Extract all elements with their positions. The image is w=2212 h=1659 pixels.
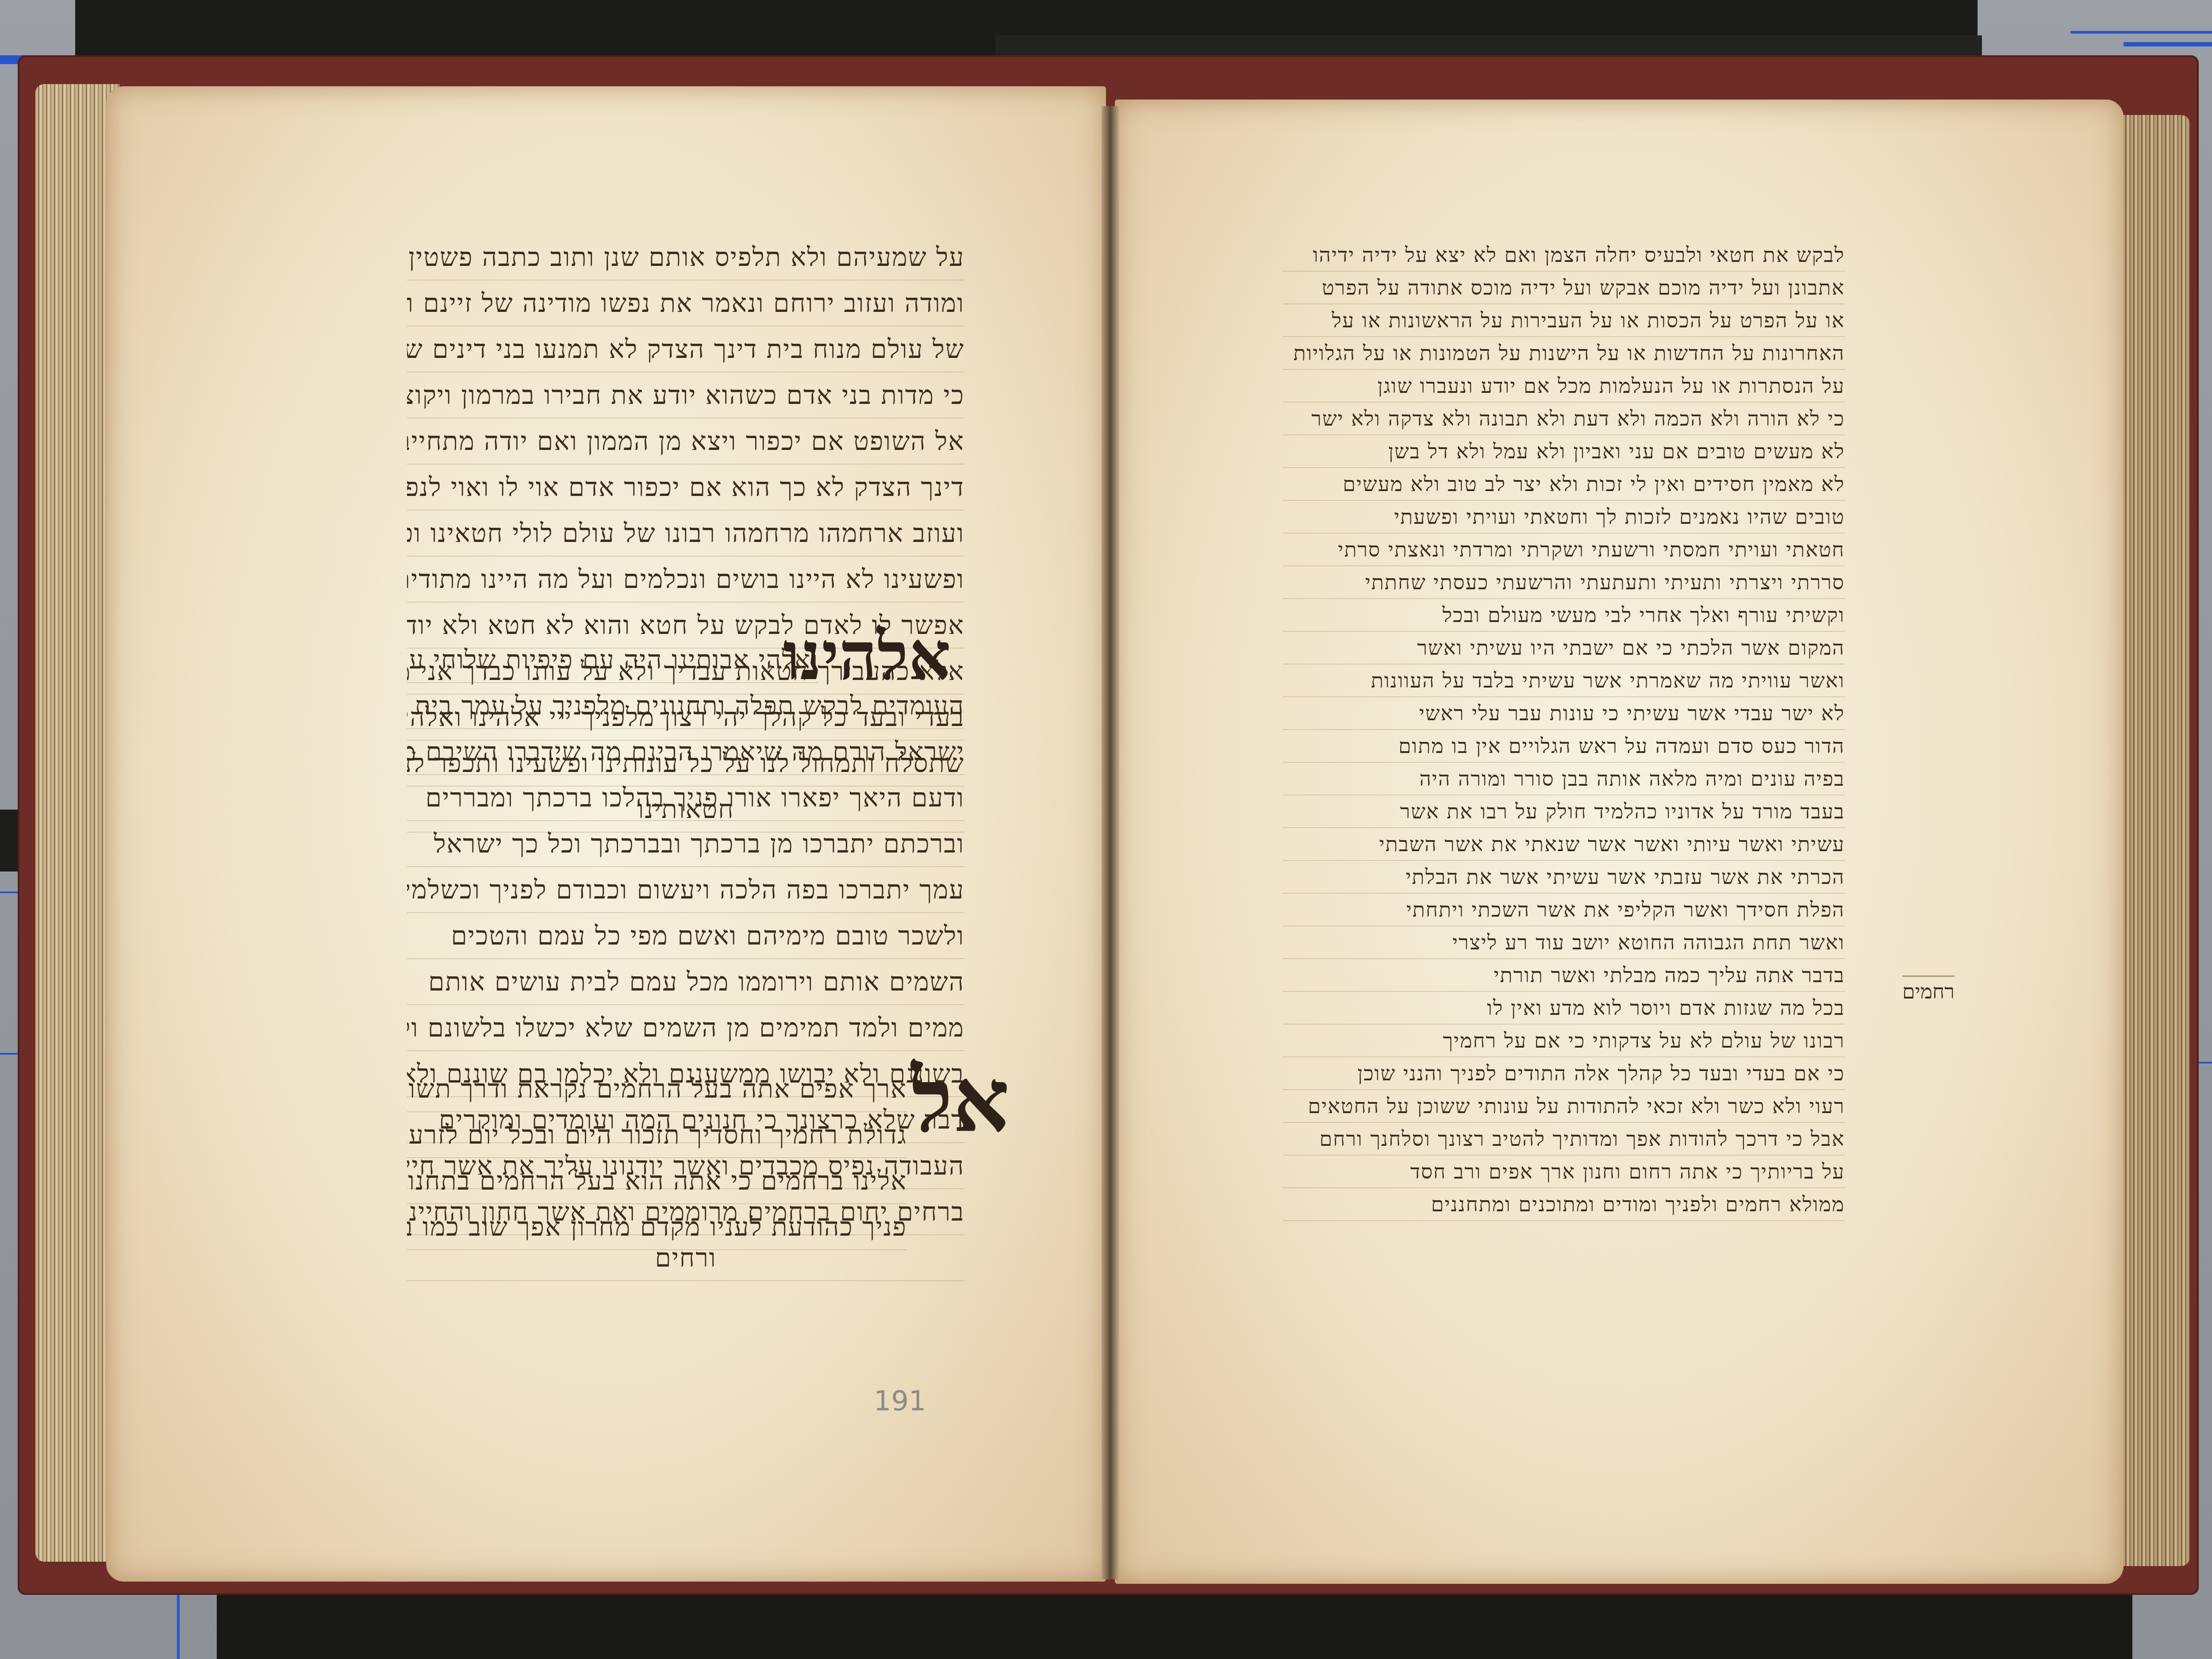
- text-line: כי לא הורה ולא הכמה ולא דעת ולא תבונה ול…: [1283, 403, 1845, 435]
- text-line: בעבד מורד על אדוניו כהלמיד חולק על רבו א…: [1283, 795, 1845, 828]
- text-line: ועוזב ארחמהו מרחמהו רבונו של עולם לולי ח…: [407, 511, 964, 557]
- text-line: הכרתי את אשר עזבתי אשר עשיתי אשר את הבלת…: [1283, 861, 1845, 894]
- text-line: אבל כי דרכך להודות אפך ומדותיך להטיב רצו…: [1283, 1123, 1845, 1156]
- text-line: ופשעינו לא היינו בושים ונכלמים ועל מה הי…: [407, 557, 964, 603]
- book-gutter: [1102, 106, 1119, 1579]
- text-line: רעוי ולא כשר ולא זכאי להתודות על עונותי …: [1283, 1090, 1845, 1123]
- right-page-text: לבקש את חטאי ולבעיס יחלה הצמן ואם לא יצא…: [1283, 239, 1845, 1221]
- text-line: עשיתי ואשר עיותי ואשר אשר שנאתי את אשר ה…: [1283, 828, 1845, 861]
- text-line: כי מדות בני אדם כשהוא יודע את חבירו במרמ…: [407, 373, 964, 419]
- text-line: לא מעשים טובים אם עני ואביון ולא עמל ולא…: [1283, 435, 1845, 468]
- text-line: בכל מה שגזות אדם ויוסר לוא מדע ואין לו: [1283, 992, 1845, 1025]
- folio-number: 191: [874, 1385, 926, 1417]
- text-line: בדבר אתה עליך כמה מבלתי ואשר תורתי: [1283, 959, 1845, 992]
- text-line: בפיה עונים ומיה מלאה אותה בבן סורר ומורה…: [1283, 763, 1845, 795]
- text-line: הפלת חסידך ואשר הקליפי את אשר השכתי ויתח…: [1283, 894, 1845, 926]
- text-line: האחרונות על החדשות או על הישנות על הטמונ…: [1283, 337, 1845, 370]
- text-line: כי אם בעדי ובעד כל קהלך אלה התודים לפניך…: [1283, 1057, 1845, 1090]
- text-line: ואשר עוויתי מה שאמרתי אשר עשיתי בלבד על …: [1283, 664, 1845, 697]
- decorated-initial-letter: אל: [911, 1048, 1010, 1152]
- ruler-mark: [2070, 31, 2212, 34]
- text-line: ודעם היאך יפארו אורו פניך בהלכו ברכתך ומ…: [407, 775, 964, 821]
- decorated-initial-word: אלהינו: [783, 617, 951, 695]
- text-line: על בריותיך כי אתה רחום וחנון ארך אפים ור…: [1283, 1156, 1845, 1188]
- text-line: דינך הצדק לא כך הוא אם יכפור אדם אוי לו …: [407, 465, 964, 511]
- left-page-text-bottom: ארך אפים אתה בעל הרחמים נקראת ודרך תשובה…: [407, 1066, 907, 1250]
- text-line: לבקש את חטאי ולבעיס יחלה הצמן ואם לא יצא…: [1283, 239, 1845, 272]
- text-line: ואלהי אבותינו היה עם פיפיות שלוחי עמך בי…: [407, 637, 818, 683]
- text-line: ממולא רחמים ולפניך ומודים ומתוכנים ומתחנ…: [1283, 1188, 1845, 1221]
- text-line: ואשר תחת הגבוהה החוטא יושב עוד רע ליצרי: [1283, 926, 1845, 959]
- bottom-support-block: [217, 1588, 2132, 1659]
- text-line: אלינו ברחמים כי אתה הוא בעל הרחמים בתחנו…: [407, 1158, 907, 1204]
- text-line: אתבונן ועל ידיה מוכם אבקש ועל ידיה מוכס …: [1283, 272, 1845, 304]
- text-line: סררתי ויצרתי ותעיתי ותעתעתי והרשעתי כעסת…: [1283, 566, 1845, 599]
- text-line: טובים שהיו נאמנים לזכות לך וחטאתי ועויתי…: [1283, 501, 1845, 534]
- text-line: ישראל הורם מה שיאמרו הבינם מה שידברו השי…: [407, 729, 964, 775]
- text-line: ממים ולמד תמימים מן השמים שלא יכשלו בלשו…: [407, 1005, 964, 1051]
- text-line: ומודה ועזוב ירוחם ונאמר את נפשו מודינה ש…: [407, 280, 964, 326]
- text-line: על הנסתרות או על הנעלמות מכל אם יודע ונע…: [1283, 370, 1845, 403]
- right-page-edges: [2115, 115, 2190, 1566]
- text-line: המקום אשר הלכתי כי אם ישבתי היו עשיתי וא…: [1283, 632, 1845, 664]
- text-line: פניך כהודעת לעניו מקדם מחרון אפך שוב כמו…: [407, 1204, 907, 1250]
- text-line: וברכתם יתברכו מן ברכתך ובברכתך וכל כך יש…: [407, 821, 964, 867]
- text-line: של עולם מנוח בית דינך הצדק לא תמנעו בני …: [407, 326, 964, 373]
- ruler-mark: [2124, 42, 2212, 46]
- ruler-line: [177, 1588, 180, 1659]
- text-line: גדולת רחמיך וחסדיך תזכור היום ובכל יום ל…: [407, 1112, 907, 1158]
- text-line: אל השופט אם יכפור ויצא מן הממון ואם יודה…: [407, 419, 964, 465]
- text-line: הדור כעס סדם ועמדה על ראש הגלויים אין בו…: [1283, 730, 1845, 763]
- text-line: רבונו של עולם לא על צדקותי כי אם על רחמי…: [1283, 1025, 1845, 1057]
- text-line: על שמעיהם ולא תלפיס אותם שנן ותוב כתבה פ…: [407, 234, 964, 280]
- text-line: או על הפרט על הכסות או על העבירות על הרא…: [1283, 304, 1845, 337]
- text-line: לא מאמין חסידים ואין לי זכות ולא יצר לב …: [1283, 468, 1845, 501]
- text-line: עמך יתברכו בפה הלכה ויעשום וכבודם לפניך …: [407, 867, 964, 913]
- text-line: חטאתי ועויתי חמסתי ורשעתי ושקרתי ומרדתי …: [1283, 534, 1845, 566]
- text-line: וקשיתי עורף ואלך אחרי לבי מעשי מעולם ובכ…: [1283, 599, 1845, 632]
- text-line: ולשכר טובם מימיהם ואשם מפי כל עמם והטכים: [407, 913, 964, 959]
- text-line: לא ישר עבדי אשר עשיתי כי עונות עבר עלי ר…: [1283, 697, 1845, 730]
- text-line: השמים אותם וירוממו מכל עמם לבית עושים או…: [407, 959, 964, 1005]
- margin-note: רחמים: [1902, 975, 1955, 1003]
- text-line: ארך אפים אתה בעל הרחמים נקראת ודרך תשובה…: [407, 1066, 907, 1112]
